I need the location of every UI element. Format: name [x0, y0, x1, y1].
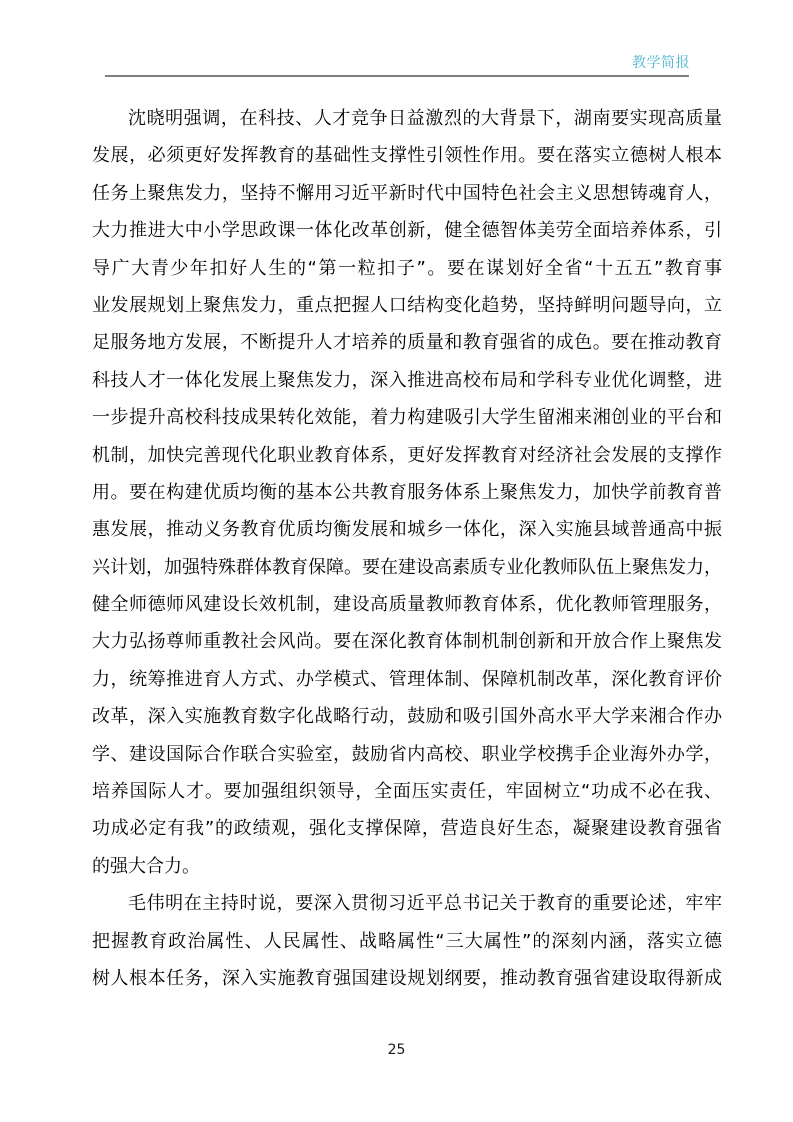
text-line: 任务上聚焦发力，坚持不懈用习近平新时代中国特色社会主义思想铸魂育人， — [92, 175, 722, 212]
text-line: 业发展规划上聚焦发力，重点把握人口结构变化趋势，坚持鲜明问题导向，立 — [92, 287, 722, 324]
text-line: 健全师德师风建设长效机制，建设高质量教师教育体系，优化教师管理服务， — [92, 586, 722, 623]
text-line: 科技人才一体化发展上聚焦发力，深入推进高校布局和学科专业优化调整，进 — [92, 362, 722, 399]
text-line: 沈晓明强调，在科技、人才竞争日益激烈的大背景下，湖南要实现高质量 — [92, 100, 722, 137]
header-rule — [105, 75, 689, 77]
text-line: 树人根本任务，深入实施教育强国建设规划纲要，推动教育强省建设取得新成 — [92, 960, 722, 997]
text-line: 大力推进大中小学思政课一体化改革创新，健全德智体美劳全面培养体系，引 — [92, 212, 722, 249]
header-title: 教学简报 — [632, 55, 690, 71]
text-line: 功成必定有我”的政绩观，强化支撑保障，营造良好生态，凝聚建设教育强省 — [92, 810, 722, 847]
text-line: 把握教育政治属性、人民属性、战略属性“三大属性”的深刻内涵，落实立德 — [92, 923, 722, 960]
text-line: 改革，深入实施教育数字化战略行动，鼓励和吸引国外高水平大学来湘合作办 — [92, 698, 722, 735]
text-line: 学、建设国际合作联合实验室，鼓励省内高校、职业学校携手企业海外办学， — [92, 736, 722, 773]
text-line: 足服务地方发展，不断提升人才培养的质量和教育强省的成色。要在推动教育 — [92, 324, 722, 361]
text-line: 导广大青少年扣好人生的“第一粒扣子”。要在谋划好全省“十五五”教育事 — [92, 250, 722, 287]
text-line: 大力弘扬尊师重教社会风尚。要在深化教育体制机制创新和开放合作上聚焦发 — [92, 623, 722, 660]
paragraph: 沈晓明强调，在科技、人才竞争日益激烈的大背景下，湖南要实现高质量发展，必须更好发… — [92, 100, 722, 885]
text-line: 用。要在构建优质均衡的基本公共教育服务体系上聚焦发力，加快学前教育普 — [92, 474, 722, 511]
text-line: 毛伟明在主持时说，要深入贯彻习近平总书记关于教育的重要论述，牢牢 — [92, 885, 722, 922]
document-page: 教学简报 沈晓明强调，在科技、人才竞争日益激烈的大背景下，湖南要实现高质量发展，… — [0, 0, 793, 1122]
text-line: 力，统筹推进育人方式、办学模式、管理体制、保障机制改革，深化教育评价 — [92, 661, 722, 698]
paragraph: 毛伟明在主持时说，要深入贯彻习近平总书记关于教育的重要论述，牢牢把握教育政治属性… — [92, 885, 722, 997]
text-line: 培养国际人才。要加强组织领导，全面压实责任，牢固树立“功成不必在我、 — [92, 773, 722, 810]
text-line: 发展，必须更好发挥教育的基础性支撑性引领性作用。要在落实立德树人根本 — [92, 137, 722, 174]
page-footer: 25 — [0, 1039, 793, 1058]
text-line: 的强大合力。 — [92, 848, 722, 885]
page-number: 25 — [388, 1042, 406, 1058]
text-line: 惠发展，推动义务教育优质均衡发展和城乡一体化，深入实施县域普通高中振 — [92, 511, 722, 548]
body-text: 沈晓明强调，在科技、人才竞争日益激烈的大背景下，湖南要实现高质量发展，必须更好发… — [92, 100, 722, 997]
text-line: 机制，加快完善现代化职业教育体系，更好发挥教育对经济社会发展的支撑作 — [92, 437, 722, 474]
text-line: 一步提升高校科技成果转化效能，着力构建吸引大学生留湘来湘创业的平台和 — [92, 399, 722, 436]
text-line: 兴计划，加强特殊群体教育保障。要在建设高素质专业化教师队伍上聚焦发力， — [92, 549, 722, 586]
